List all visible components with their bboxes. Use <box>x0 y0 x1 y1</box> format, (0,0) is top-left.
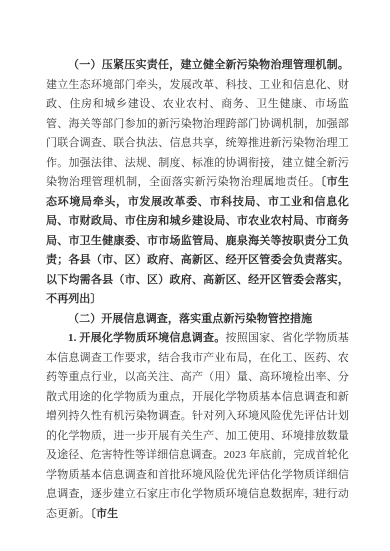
section-2-heading: （二）开展信息调查，落实重点新污染物管控措施 <box>46 310 349 330</box>
page-number: —3— <box>297 488 334 500</box>
section-1-body-text: 建立生态环境部门牵头，发展改革、科技、工业和信息化、财政、住房和城乡建设、农业农… <box>46 79 349 189</box>
item-1-heading: 1. 开展化学物质环境信息调查。 <box>68 332 226 344</box>
document-body: （一）压紧压实责任，建立健全新污染物治理管理机制。建立生态环境部门牵头，发展改革… <box>46 56 349 524</box>
page-number-left-dash: — <box>297 488 307 499</box>
item-1-responsibility-note: 〔市生 <box>90 508 118 520</box>
section-1-responsibility-note: 〔市生态环境局牵头，市发展改革委、市科技局、市工业和信息化局、市财政局、市住房和… <box>46 176 349 305</box>
page-number-value: 3 <box>313 488 318 499</box>
section-1-heading: （一）压紧压实责任，建立健全新污染物治理管理机制。 <box>68 59 349 71</box>
page-number-right-dash: — <box>324 488 334 499</box>
paragraph-section-1: （一）压紧压实责任，建立健全新污染物治理管理机制。建立生态环境部门牵头，发展改革… <box>46 56 349 310</box>
document-page: （一）压紧压实责任，建立健全新污染物治理管理机制。建立生态环境部门牵头，发展改革… <box>0 0 390 551</box>
